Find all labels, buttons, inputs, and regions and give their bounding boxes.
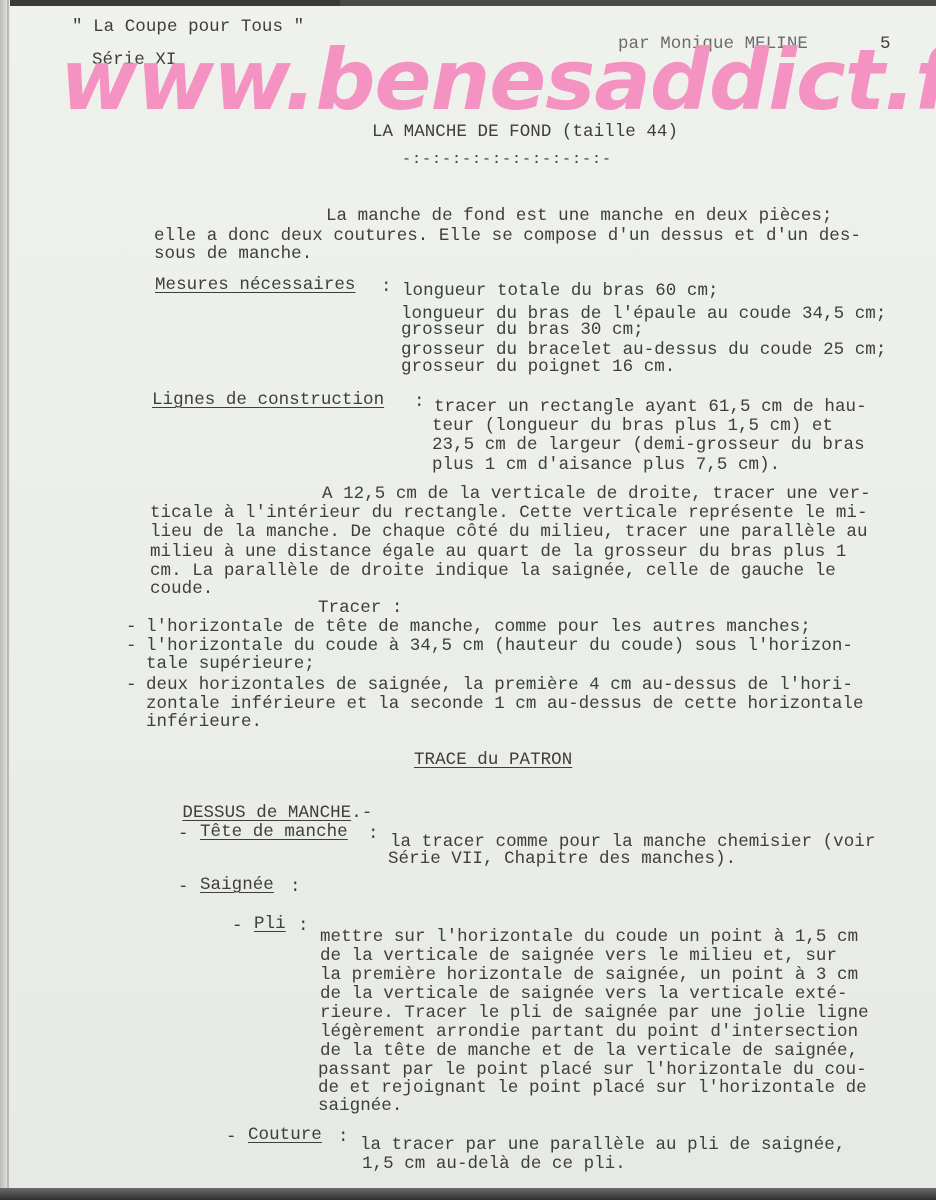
scan-top-edge [340, 0, 936, 6]
pli-line: mettre sur l'horizontale du coude un poi… [320, 928, 858, 947]
intro-line: sous de manche. [154, 245, 312, 264]
pli-line: légèrement arrondie partant du point d'i… [320, 1023, 858, 1042]
tete-line: Série VII, Chapitre des manches). [388, 850, 736, 869]
lignes-line: teur (longueur du bras plus 1,5 cm) et [432, 417, 833, 436]
tete-label: Tête de manche [200, 823, 348, 842]
bullet-dash: - [178, 878, 189, 897]
mesure-line: grosseur du bras 30 cm; [401, 321, 644, 340]
bullet-dash: - [126, 676, 137, 695]
bullet-dash: - [178, 825, 189, 844]
couture-line: 1,5 cm au-delà de ce pli. [362, 1155, 626, 1174]
lignes-line: plus 1 cm d'aisance plus 7,5 cm). [432, 456, 780, 475]
tracer-item-cont: inférieure. [146, 713, 262, 732]
tete-colon: : [368, 825, 379, 844]
scan-bottom-edge [0, 1188, 936, 1200]
pli-line: rieure. Tracer le pli de saignée par une… [320, 1004, 869, 1023]
mesure-line: longueur totale du bras 60 cm; [402, 282, 719, 301]
couture-line: la tracer par une parallèle au pli de sa… [360, 1136, 845, 1155]
pli-line: la première horizontale de saignée, un p… [320, 966, 858, 985]
couture-colon: : [338, 1128, 349, 1147]
spine-line [7, 0, 9, 1200]
pli-colon: : [298, 917, 309, 936]
mesures-colon: : [381, 278, 392, 297]
pli-line: de la verticale de saignée vers la verti… [320, 985, 848, 1004]
saignee-label: Saignée [200, 876, 274, 895]
lignes-line: 23,5 cm de largeur (demi-grosseur du bra… [432, 436, 865, 455]
tracer-heading: Tracer : [318, 599, 402, 618]
tracer-item: l'horizontale de tête de manche, comme p… [146, 618, 811, 637]
couture-label: Couture [248, 1126, 322, 1145]
watermark-url: www.benesaddict.fr [60, 30, 910, 130]
milieu-line: lieu de la manche. De chaque côté du mil… [150, 523, 868, 542]
dessus-heading-label: DESSUS de MANCHE [182, 803, 351, 823]
saignee-colon: : [290, 878, 301, 897]
lignes-line: tracer un rectangle ayant 61,5 cm de hau… [434, 398, 867, 417]
mesure-line: grosseur du poignet 16 cm. [401, 358, 675, 377]
bullet-dash: - [232, 917, 243, 936]
milieu-line: cm. La parallèle de droite indique la sa… [150, 562, 836, 581]
trace-patron-heading: TRACE du PATRON [414, 751, 572, 770]
tracer-item-cont: tale supérieure; [146, 655, 315, 674]
tracer-item: deux horizontales de saignée, la premièr… [146, 676, 853, 695]
milieu-line: ticale à l'intérieur du rectangle. Cette… [150, 504, 868, 523]
dessus-heading-suffix: .- [351, 803, 372, 823]
title-separator: -:-:-:-:-:-:-:-:-:-:- [402, 150, 612, 169]
lignes-colon: : [414, 393, 425, 412]
milieu-line: milieu à une distance égale au quart de … [150, 543, 846, 562]
bullet-dash: - [226, 1128, 237, 1147]
lignes-label: Lignes de construction [152, 391, 384, 410]
bullet-dash: - [126, 637, 137, 656]
pli-line: de la verticale de saignée vers le milie… [320, 947, 837, 966]
bullet-dash: - [126, 618, 137, 637]
pli-label: Pli [254, 915, 286, 934]
mesures-label: Mesures nécessaires [155, 276, 355, 295]
pli-line: saignée. [318, 1097, 402, 1116]
milieu-line: A 12,5 cm de la verticale de droite, tra… [322, 485, 871, 504]
milieu-line: coude. [150, 580, 213, 599]
intro-line: La manche de fond est une manche en deux… [326, 207, 832, 226]
pli-line: de la tête de manche et de la verticale … [320, 1042, 858, 1061]
